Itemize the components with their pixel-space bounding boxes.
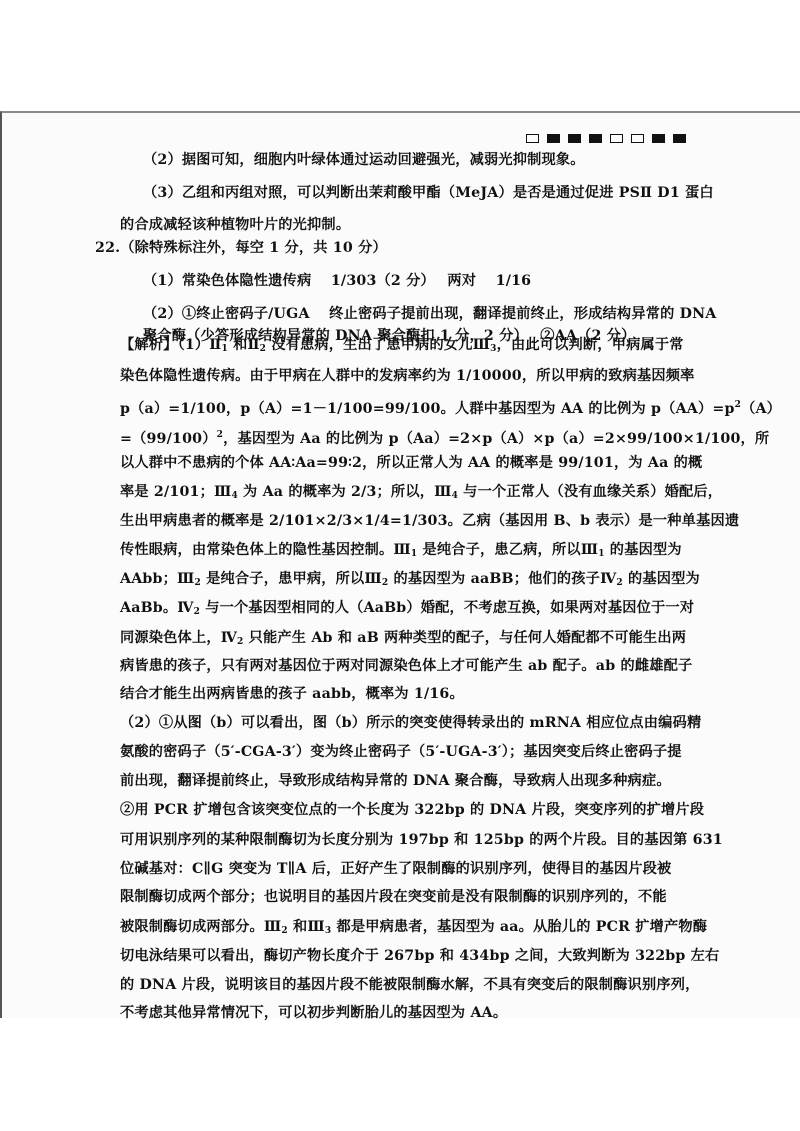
analysis-line: AAbb；Ⅲ2 是纯合子，患甲病，所以Ⅲ2 的基因型为 aaBB；他们的孩子Ⅳ2… (120, 569, 700, 593)
analysis-text: （1）Ⅱ (178, 337, 222, 353)
analysis-text: 前出现，翻译提前终止，导致形成结构异常的 DNA 聚合酶，导致病人出现多种病症。 (120, 773, 671, 789)
analysis-text: 与一个正常人（没有血缘关系）婚配后， (458, 484, 722, 500)
marker-square-filled (589, 134, 602, 143)
q21-part2: （2）据图可知，细胞内叶绿体通过运动回避强光，减弱光抑制现象。 (143, 150, 585, 170)
analysis-text: 的基因型为 aaBB；他们的孩子Ⅳ (388, 571, 616, 587)
analysis-text: 只能产生 Ab 和 aB 两种类型的配子，与任何人婚配都不可能生出两 (243, 630, 686, 646)
analysis-text: 可用识别序列的某种限制酶切为长度分别为 197bp 和 125bp 的两个片段。… (120, 832, 723, 848)
analysis-text: 位碱基对：C∥G 突变为 T∥A 后，正好产生了限制酶的识别序列，使得目的基因片… (120, 861, 671, 877)
marker-square-filled (673, 134, 686, 143)
analysis-line: p（a）=1/100，p（A）=1－1/100=99/100。人群中基因型为 A… (120, 395, 781, 419)
analysis-text: 都是甲病患者，基因型为 aa。从胎儿的 PCR 扩增产物酶 (331, 919, 707, 935)
analysis-line: 以人群中不患病的个体 AA∶Aa=99∶2，所以正常人为 AA 的概率是 99/… (120, 453, 702, 473)
analysis-text: 传性眼病，由常染色体上的隐性基因控制。Ⅲ (120, 542, 411, 558)
analysis-text: 与一个基因型相同的人（AaBb）婚配，不考虑互换，如果两对基因位于一对 (200, 600, 694, 616)
marker-square-empty (526, 134, 539, 143)
analysis-text: 的基因型为 (605, 542, 682, 558)
analysis-line: 被限制酶切成两部分。Ⅲ2 和Ⅲ3 都是甲病患者，基因型为 aa。从胎儿的 PCR… (120, 917, 707, 941)
analysis-text: 没有患病，生出了患甲病的女儿Ⅲ (266, 337, 490, 353)
analysis-text: 染色体隐性遗传病。由于甲病在人群中的发病率约为 1/10000，所以甲病的致病基… (120, 368, 695, 384)
analysis-text: 以人群中不患病的个体 AA∶Aa=99∶2，所以正常人为 AA 的概率是 99/… (120, 455, 702, 471)
analysis-text: AAbb；Ⅲ (120, 571, 195, 587)
analysis-text: 率是 2/101；Ⅲ (120, 484, 231, 500)
analysis-text: 限制酶切成两个部分；也说明目的基因片段在突变前是没有限制酶的识别序列的，不能 (120, 889, 667, 905)
analysis-line: ②用 PCR 扩增包含该突变位点的一个长度为 322bp 的 DNA 片段，突变… (120, 800, 704, 820)
analysis-text: 同源染色体上，Ⅳ (120, 630, 237, 646)
analysis-text: 病皆患的孩子，只有两对基因位于两对同源染色体上才可能产生 ab 配子。ab 的雌… (120, 658, 692, 674)
analysis-line: 氨酸的密码子（5′-CGA-3′）变为终止密码子（5′-UGA-3′）；基因突变… (120, 742, 682, 762)
marker-square-filled (547, 134, 560, 143)
analysis-text: 是纯合子，患乙病，所以Ⅲ (417, 542, 598, 558)
marker-square-filled (568, 134, 581, 143)
analysis-line: 前出现，翻译提前终止，导致形成结构异常的 DNA 聚合酶，导致病人出现多种病症。 (120, 771, 671, 791)
analysis-line: 切电泳结果可以看出，酶切产物长度介于 267bp 和 434bp 之间，大致判断… (120, 946, 719, 966)
analysis-line: 生出甲病患者的概率是 2/101×2/3×1/4=1/303。乙病（基因用 B、… (120, 511, 739, 531)
page-marker-squares (526, 134, 686, 143)
analysis-line: 【解析】（1）Ⅱ1 和Ⅱ2 没有患病，生出了患甲病的女儿Ⅲ3，由此可以判断，甲病… (120, 335, 684, 359)
analysis-text: =（99/100） (120, 431, 217, 447)
analysis-text: 和Ⅲ (288, 919, 325, 935)
analysis-text: ②用 PCR 扩增包含该突变位点的一个长度为 322bp 的 DNA 片段，突变… (120, 802, 704, 818)
q22-title: 22.（除特殊标注外，每空 1 分，共 10 分） (95, 238, 387, 258)
analysis-text: ，基因型为 Aa 的比例为 p（Aa）=2×p（A）×p（a）=2×99/100… (223, 431, 769, 447)
analysis-line: 的 DNA 片段，说明该目的基因片段不能被限制酶水解，不具有突变后的限制酶识别序… (120, 975, 700, 995)
analysis-text: p（a）=1/100，p（A）=1－1/100=99/100。人群中基因型为 A… (120, 401, 735, 417)
analysis-text: （A） (741, 401, 781, 417)
analysis-text: ，由此可以判断，甲病属于常 (497, 337, 684, 353)
analysis-text: 和Ⅱ (228, 337, 260, 353)
analysis-text: 是纯合子，患甲病，所以Ⅲ (201, 571, 382, 587)
marker-square-empty (631, 134, 644, 143)
analysis-line: 限制酶切成两个部分；也说明目的基因片段在突变前是没有限制酶的识别序列的，不能 (120, 887, 667, 907)
analysis-line: 结合才能生出两病皆患的孩子 aabb，概率为 1/16。 (120, 684, 464, 704)
analysis-line: 不考虑其他异常情况下，可以初步判断胎儿的基因型为 AA。 (120, 1003, 507, 1023)
analysis-text: 结合才能生出两病皆患的孩子 aabb，概率为 1/16。 (120, 686, 464, 702)
analysis-label: 【解析】 (120, 337, 178, 353)
analysis-text: 的 DNA 片段，说明该目的基因片段不能被限制酶水解，不具有突变后的限制酶识别序… (120, 977, 700, 993)
analysis-text: 的基因型为 (623, 571, 700, 587)
analysis-line: 位碱基对：C∥G 突变为 T∥A 后，正好产生了限制酶的识别序列，使得目的基因片… (120, 859, 671, 879)
q21-part3-line1: （3）乙组和丙组对照，可以判断出茉莉酸甲酯（MeJA）是否是通过促进 PSⅡ D… (143, 183, 714, 203)
analysis-line: 传性眼病，由常染色体上的隐性基因控制。Ⅲ1 是纯合子，患乙病，所以Ⅲ1 的基因型… (120, 540, 682, 564)
analysis-line: 同源染色体上，Ⅳ2 只能产生 Ab 和 aB 两种类型的配子，与任何人婚配都不可… (120, 628, 686, 652)
q22-answer1: （1）常染色体隐性遗传病 1/303（2 分） 两对 1/16 (143, 271, 531, 291)
q22-answer2-line1: （2）①终止密码子/UGA 终止密码子提前出现，翻译提前终止，形成结构异常的 D… (143, 304, 717, 324)
analysis-text: 为 Aa 的概率为 2/3；所以，Ⅲ (238, 484, 452, 500)
marker-square-empty (610, 134, 623, 143)
analysis-text: AaBb。Ⅳ (120, 600, 194, 616)
analysis-line: 可用识别序列的某种限制酶切为长度分别为 197bp 和 125bp 的两个片段。… (120, 830, 723, 850)
analysis-line: AaBb。Ⅳ2 与一个基因型相同的人（AaBb）婚配，不考虑互换，如果两对基因位… (120, 598, 694, 622)
analysis-text: 生出甲病患者的概率是 2/101×2/3×1/4=1/303。乙病（基因用 B、… (120, 513, 739, 529)
analysis-text: 被限制酶切成两部分。Ⅲ (120, 919, 281, 935)
analysis-line: 染色体隐性遗传病。由于甲病在人群中的发病率约为 1/10000，所以甲病的致病基… (120, 366, 695, 386)
marker-square-filled (652, 134, 665, 143)
analysis-line: 率是 2/101；Ⅲ4 为 Aa 的概率为 2/3；所以，Ⅲ4 与一个正常人（没… (120, 482, 722, 506)
analysis-text: 不考虑其他异常情况下，可以初步判断胎儿的基因型为 AA。 (120, 1005, 507, 1021)
analysis-text: （2）①从图（b）可以看出，图（b）所示的突变使得转录出的 mRNA 相应位点由… (120, 715, 701, 731)
analysis-line: 病皆患的孩子，只有两对基因位于两对同源染色体上才可能产生 ab 配子。ab 的雌… (120, 656, 692, 676)
q21-part3-line2: 的合成减轻该种植物叶片的光抑制。 (120, 215, 350, 235)
analysis-line: （2）①从图（b）可以看出，图（b）所示的突变使得转录出的 mRNA 相应位点由… (120, 713, 701, 733)
analysis-line: =（99/100）2，基因型为 Aa 的比例为 p（Aa）=2×p（A）×p（a… (120, 425, 769, 449)
analysis-text: 氨酸的密码子（5′-CGA-3′）变为终止密码子（5′-UGA-3′）；基因突变… (120, 744, 682, 760)
analysis-text: 切电泳结果可以看出，酶切产物长度介于 267bp 和 434bp 之间，大致判断… (120, 948, 719, 964)
